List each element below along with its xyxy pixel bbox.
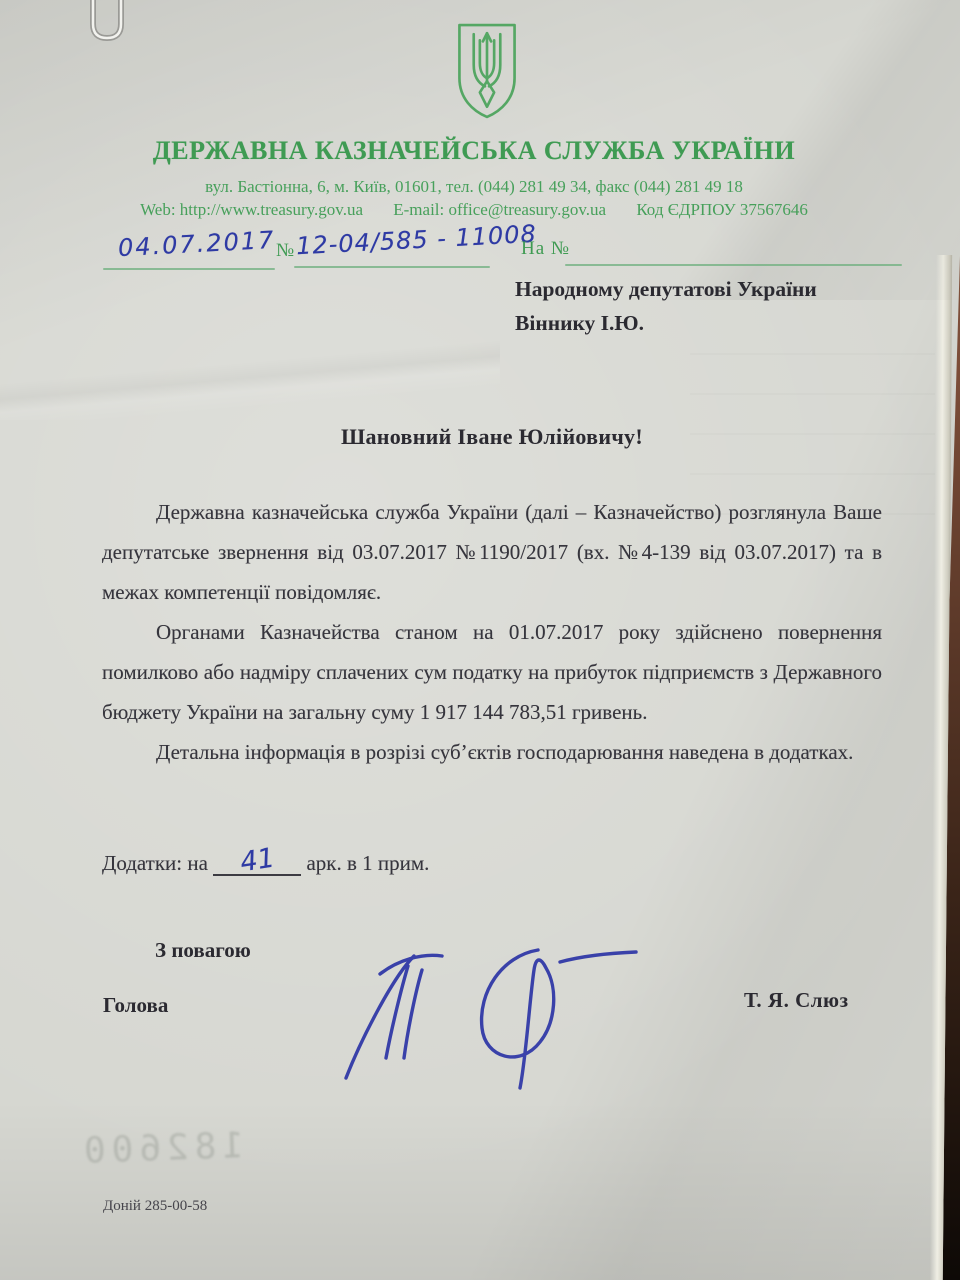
show-through-digits: 182600 [77, 1125, 244, 1172]
signer-position: Голова [103, 993, 168, 1018]
executor-reference: Доній 285-00-58 [103, 1198, 207, 1215]
paper-clip-icon [84, 0, 130, 46]
recipient-block: Народному депутатові України Віннику І.Ю… [515, 272, 817, 341]
org-edrpou: Код ЄДРПОУ 37567646 [636, 200, 808, 219]
handwritten-sheet-count: 41 [238, 842, 277, 878]
letter-page: ДЕРЖАВНА КАЗНАЧЕЙСЬКА СЛУЖБА УКРАЇНИ вул… [0, 0, 960, 1280]
paper-wrinkle [0, 330, 500, 420]
number-underline [294, 266, 490, 268]
org-web: Web: http://www.treasury.gov.ua [140, 200, 363, 219]
org-contacts: Web: http://www.treasury.gov.ua E-mail: … [0, 200, 948, 220]
salutation: Шановний Іване Юлійовичу! [102, 424, 882, 450]
handwritten-date: 04.07.2017 [117, 226, 276, 262]
body-paragraph-2: Органами Казначейства станом на 01.07.20… [102, 612, 882, 732]
attachments-sheet-count-slot: 41 [213, 843, 301, 876]
letter-body: Державна казначейська служба України (да… [102, 492, 882, 772]
attachments-prefix: Додатки: на [102, 851, 208, 875]
org-name: ДЕРЖАВНА КАЗНАЧЕЙСЬКА СЛУЖБА УКРАЇНИ [0, 136, 948, 166]
number-sign: № [276, 240, 294, 262]
signature-ink [330, 930, 670, 1110]
date-underline [103, 268, 275, 270]
org-email: E-mail: office@treasury.gov.ua [393, 200, 606, 219]
org-address: вул. Бастіонна, 6, м. Київ, 01601, тел. … [0, 177, 948, 197]
recipient-line1: Народному депутатові України [515, 272, 817, 306]
reply-to-label: На № [521, 238, 570, 260]
attachments-suffix: арк. в 1 прим. [306, 851, 429, 875]
trident-emblem-icon [452, 22, 522, 120]
body-paragraph-1: Державна казначейська служба України (да… [102, 492, 882, 612]
attachments-line: Додатки: на 41 арк. в 1 прим. [102, 843, 429, 876]
reply-number-underline [565, 264, 902, 266]
recipient-line2: Віннику І.Ю. [515, 306, 817, 340]
handwritten-outgoing-number: 12-04/585 - 11008 [295, 220, 537, 261]
closing-phrase: З повагою [155, 938, 251, 963]
signer-name: Т. Я. Слюз [744, 988, 849, 1013]
body-paragraph-3: Детальна інформація в розрізі суб’єктів … [102, 732, 882, 772]
